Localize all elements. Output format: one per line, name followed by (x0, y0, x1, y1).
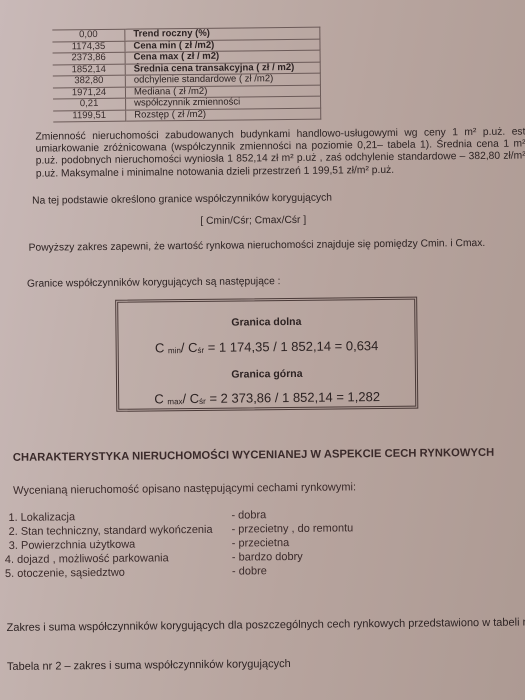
stat-value: 2373,86 (53, 52, 126, 64)
stat-value: 0,00 (52, 29, 125, 41)
stat-value: 1852,14 (53, 64, 126, 76)
feature-rating: - przecietny , do remontu (231, 521, 353, 536)
market-features-list: 1. Lokalizacja- dobra2. Stan techniczny,… (5, 511, 6, 581)
stat-value: 0,21 (53, 98, 126, 110)
stat-label: Rozstęp ( zł /m2) (126, 108, 321, 122)
formula-symbol: C (188, 340, 198, 355)
feature-rating: - przecietna (232, 536, 290, 551)
variability-paragraph: Zmienność nieruchomości zabudowanych bud… (35, 127, 525, 181)
upper-bound-heading: Granica górna (119, 367, 415, 382)
formula-subscript: śr (199, 397, 206, 406)
bounds-list-intro: Granice współczynników korygujących są n… (27, 276, 281, 291)
lower-bound-formula: C min/ Cśr = 1 174,35 / 1 852,14 = 0,634 (119, 338, 415, 356)
features-intro: Wycenianą nieruchomość opisano następują… (13, 481, 356, 497)
feature-name: 3. Powierzchnia użytkowa (9, 538, 136, 553)
feature-name: 1. Lokalizacja (8, 510, 75, 525)
formula-symbol: C (154, 391, 164, 406)
bounds-intro-paragraph: Na tej podstawie określono granice współ… (32, 193, 332, 208)
formula-subscript: min (168, 346, 181, 355)
lower-bound-value: = 1 174,35 / 1 852,14 = 0,634 (208, 338, 379, 355)
table-caption: Tabela nr 2 – zakres i suma współczynnik… (7, 658, 291, 673)
table-row: 1199,51Rozstęp ( zł /m2) (53, 108, 321, 122)
table-reference-paragraph: Zakres i suma współczynników korygującyc… (7, 616, 525, 634)
feature-rating: - dobre (232, 564, 267, 578)
stat-value: 1971,24 (53, 87, 126, 99)
feature-name: 5. otoczenie, sąsiedztwo (5, 566, 125, 581)
formula-subscript: max (167, 397, 182, 406)
document-page: 0,00Trend roczny (%)1174,35Cena min ( zł… (0, 0, 525, 700)
formula-symbol: C (155, 340, 165, 355)
upper-bound-formula: C max/ Cśr = 2 373,86 / 1 852,14 = 1,282 (119, 389, 415, 407)
stat-value: 1174,35 (52, 41, 125, 53)
feature-name: 4. dojazd , możliwość parkowania (5, 551, 169, 567)
range-explanation-paragraph: Powyższy zakres zapewni, że wartość rynk… (29, 238, 514, 255)
formula-symbol: C (190, 391, 200, 406)
lower-bound-heading: Granica dolna (118, 315, 414, 330)
bounds-range-formula: [ Cmin/Cśr; Cmax/Cśr ] (200, 215, 306, 228)
formula-subscript: śr (197, 346, 204, 355)
feature-rating: - dobra (231, 508, 266, 522)
correction-bounds-box: Granica dolna C min/ Cśr = 1 174,35 / 1 … (115, 297, 418, 412)
price-statistics-table: 0,00Trend roczny (%)1174,35Cena min ( zł… (52, 27, 321, 123)
upper-bound-value: = 2 373,86 / 1 852,14 = 1,282 (209, 389, 380, 406)
stat-value: 1199,51 (53, 110, 126, 122)
section-heading: CHARAKTERYSTYKA NIERUCHOMOŚCI WYCENIANEJ… (13, 447, 495, 464)
feature-rating: - bardzo dobry (232, 550, 303, 565)
feature-name: 2. Stan techniczny, standard wykończenia (8, 523, 212, 539)
stat-value: 382,80 (53, 75, 126, 87)
